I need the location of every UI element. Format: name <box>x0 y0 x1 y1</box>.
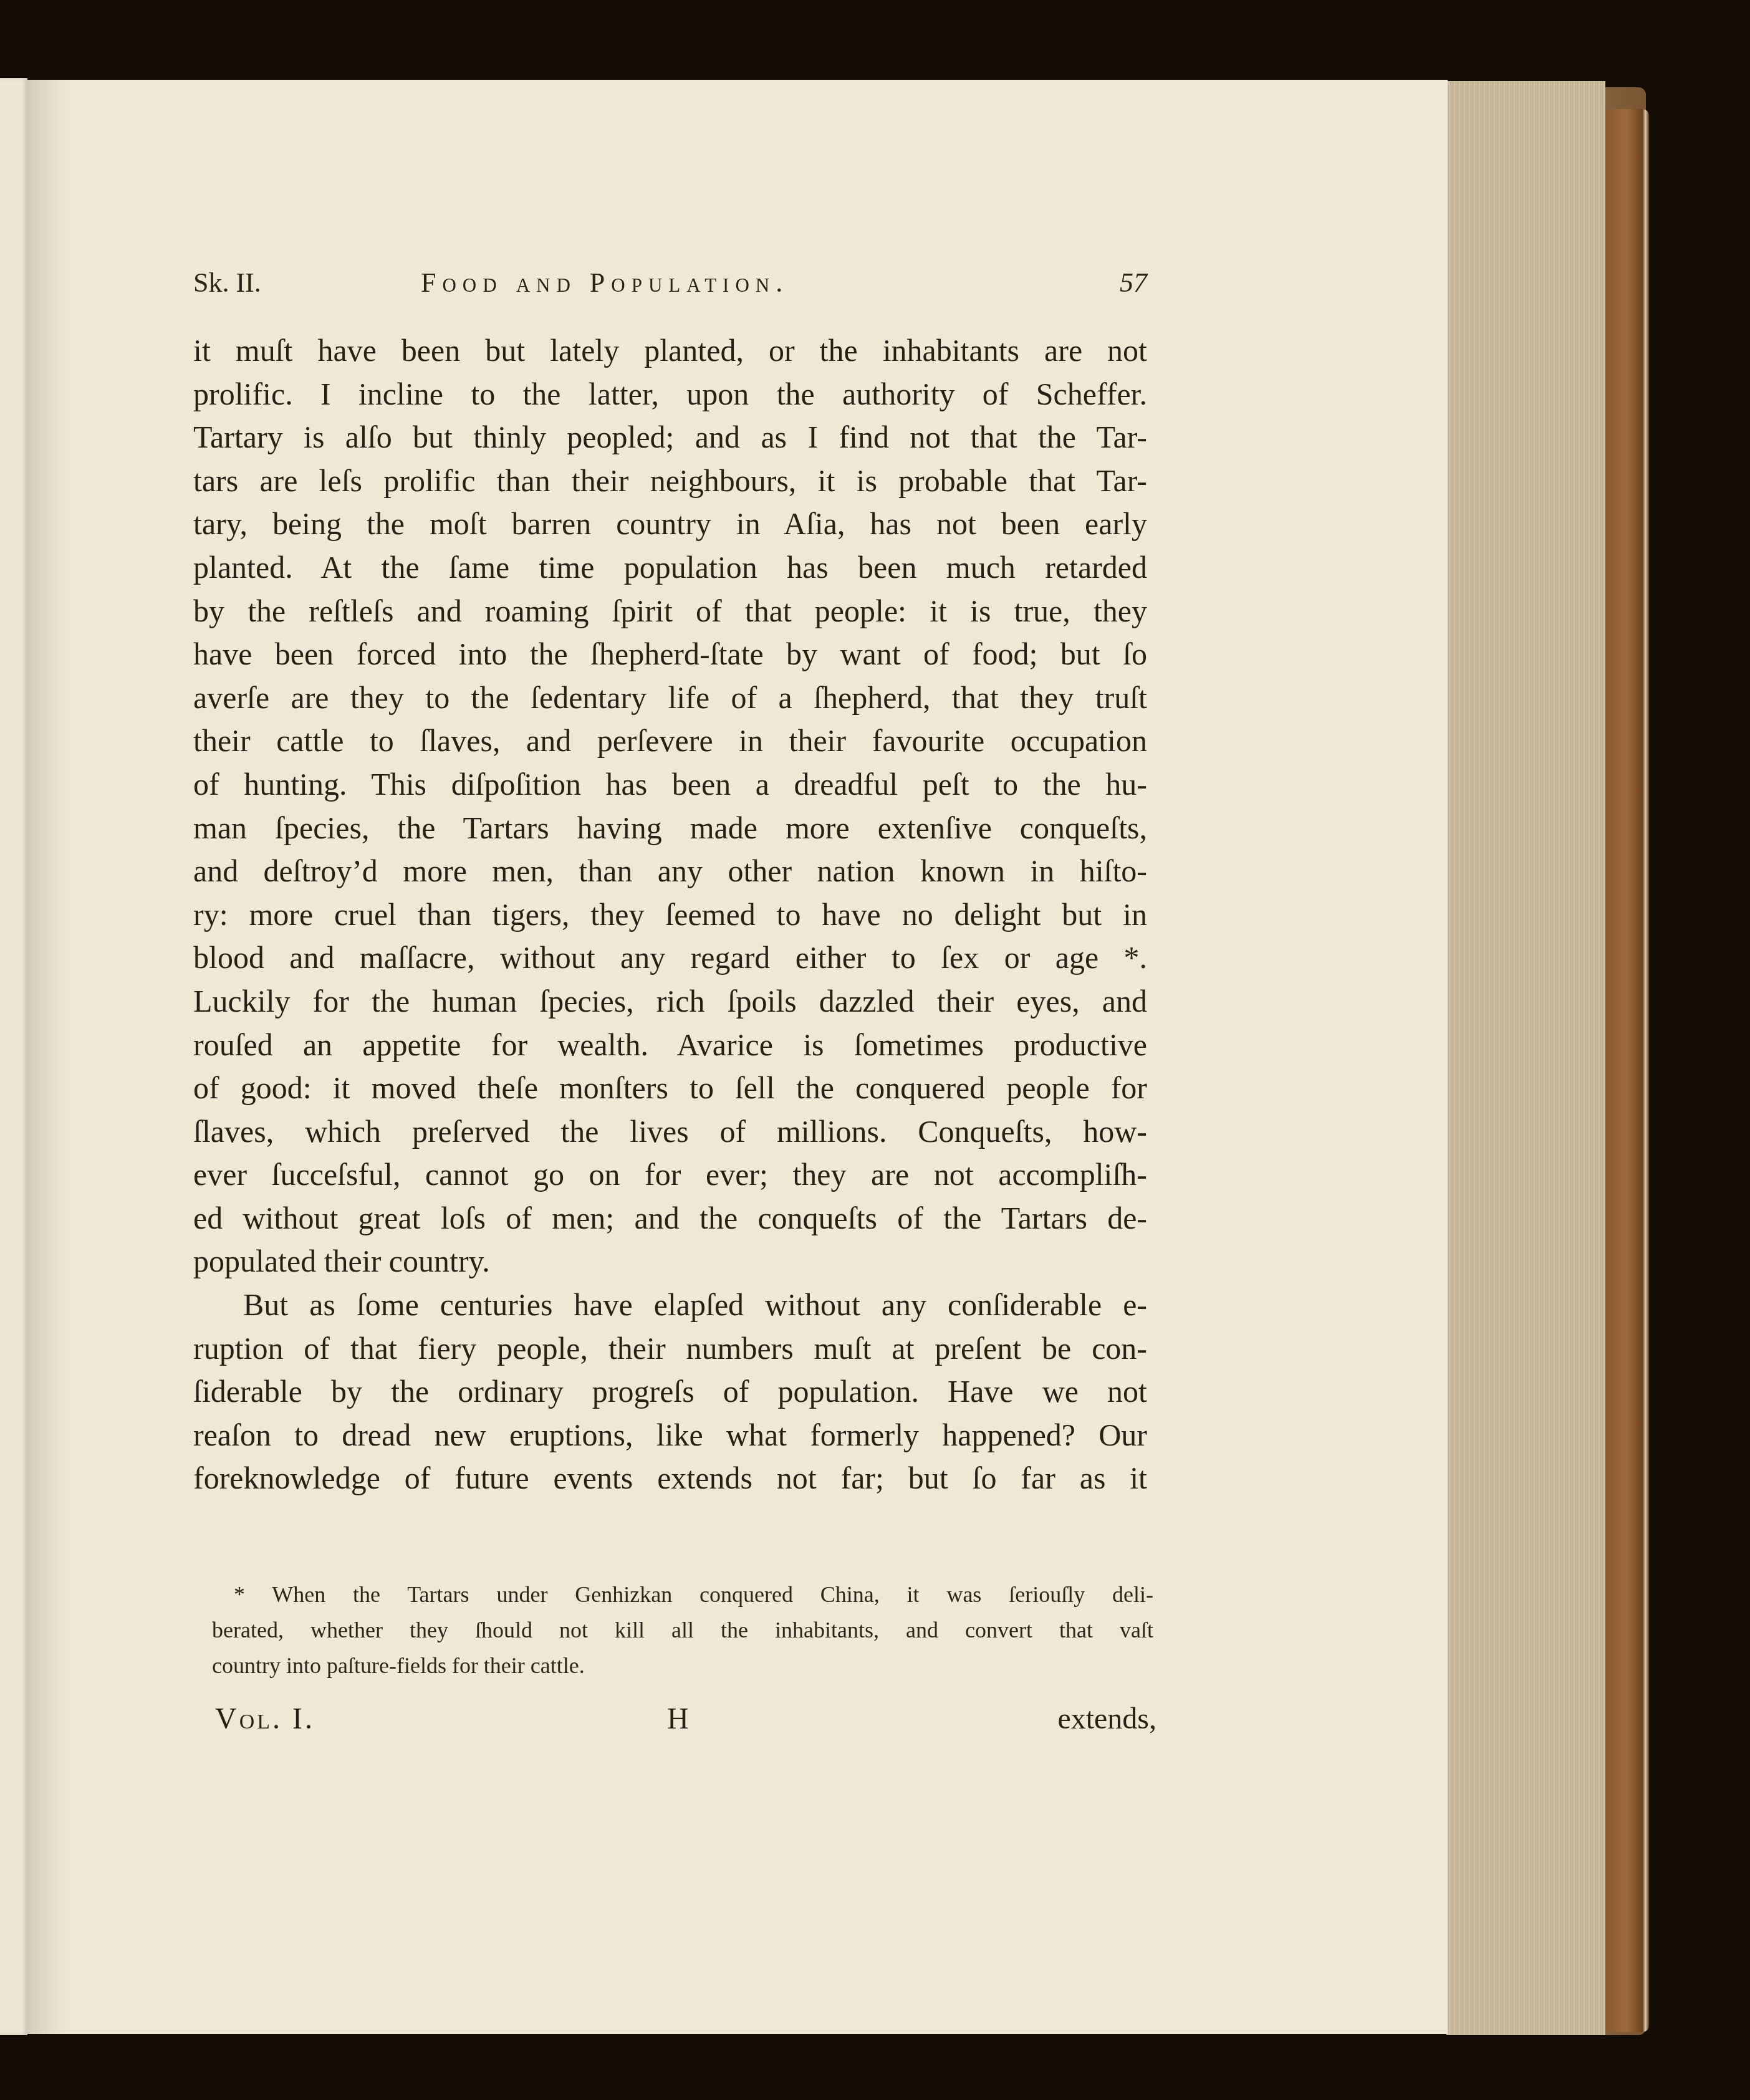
text-line: tars are leſs prolific than their neighb… <box>193 459 1147 503</box>
text-line: and deſtroy’d more men, than any other n… <box>193 850 1147 893</box>
book-cover-edge <box>1605 109 1649 2032</box>
footnote: * When the Tartars under Genhizkan conqu… <box>212 1577 1153 1684</box>
text-line: rouſed an appetite for wealth. Avarice i… <box>193 1024 1147 1067</box>
running-head: Sk. II. Food and Population. 57 <box>193 262 1147 305</box>
text-line: Tartary is alſo but thinly peopled; and … <box>193 416 1147 459</box>
text-line: man ſpecies, the Tartars having made mor… <box>193 807 1147 850</box>
text-line: by the reſtleſs and roaming ſpirit of th… <box>193 590 1147 633</box>
catchword: extends, <box>1057 1702 1156 1736</box>
paragraph-start-line: But as ſome centuries have elapſed witho… <box>193 1283 1147 1327</box>
body-text: it muſt have been but lately planted, or… <box>193 329 1147 1500</box>
page-number: 57 <box>1120 267 1147 299</box>
volume-label: Vol. I. <box>215 1702 315 1736</box>
text-line: ever ſucceſsful, cannot go on for ever; … <box>193 1153 1147 1197</box>
text-line: of good: it moved theſe monſters to ſell… <box>193 1067 1147 1110</box>
page-block-fore-edge <box>1446 81 1605 2035</box>
text-line: ruption of that fiery people, their numb… <box>193 1327 1147 1371</box>
text-line: have been forced into the ſhepherd-ſtate… <box>193 633 1147 676</box>
running-title: Food and Population. <box>421 267 789 299</box>
text-line: their cattle to ſlaves, and perſevere in… <box>193 719 1147 763</box>
text-line: ed without great loſs of men; and the co… <box>193 1197 1147 1240</box>
text-line: Luckily for the human ſpecies, rich ſpoi… <box>193 980 1147 1024</box>
text-line: reaſon to dread new eruptions, like what… <box>193 1414 1147 1457</box>
footnote-line: * When the Tartars under Genhizkan conqu… <box>212 1577 1153 1613</box>
text-line: ſiderable by the ordinary progreſs of po… <box>193 1370 1147 1414</box>
text-line: planted. At the ſame time population has… <box>193 546 1147 590</box>
signature-mark: H <box>667 1702 689 1736</box>
text-line: it muſt have been but lately planted, or… <box>193 329 1147 373</box>
footnote-line: berated, whether they ſhould not kill al… <box>212 1613 1153 1648</box>
facing-left-page-edge <box>0 78 27 2035</box>
text-line: tary, being the moſt barren country in A… <box>193 502 1147 546</box>
text-line: ſlaves, which preſerved the lives of mil… <box>193 1110 1147 1154</box>
text-line: averſe are they to the ſedentary life of… <box>193 676 1147 720</box>
text-line: foreknowledge of future events extends n… <box>193 1457 1147 1500</box>
section-label: Sk. II. <box>193 267 261 299</box>
text-line: blood and maſſacre, without any regard e… <box>193 936 1147 980</box>
text-line: prolific. I incline to the latter, upon … <box>193 373 1147 416</box>
footnote-line: country into paſture-fields for their ca… <box>212 1648 1153 1684</box>
text-line: ry: more cruel than tigers, they ſeemed … <box>193 893 1147 937</box>
signature-line: Vol. I. H extends, <box>215 1702 1156 1745</box>
text-line: of hunting. This diſpoſition has been a … <box>193 763 1147 807</box>
text-line: populated their country. <box>193 1240 1147 1283</box>
